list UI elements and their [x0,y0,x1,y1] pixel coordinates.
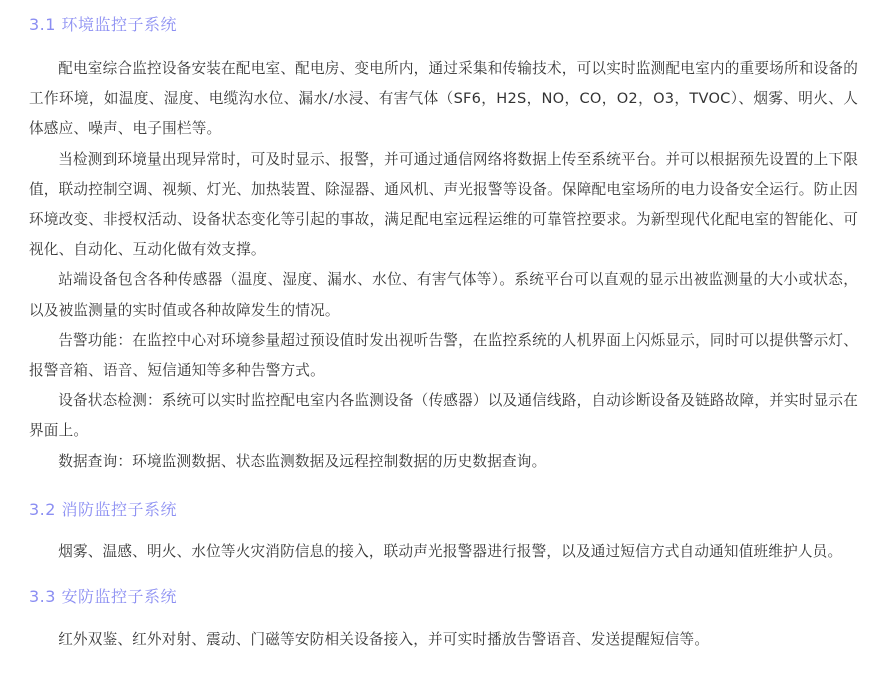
section-fire-monitoring: 3.2 消防监控子系统 烟雾、温感、明火、水位等火灾消防信息的接入，联动声光报警… [29,499,858,567]
paragraph-alarm-function: 告警功能：在监控中心对环境参量超过预设值时发出视听告警，在监控系统的人机界面上闪… [29,326,858,386]
paragraph-data-query: 数据查询：环境监测数据、状态监测数据及远程控制数据的历史数据查询。 [29,447,858,477]
section-body: 红外双鉴、红外对射、震动、门磁等安防相关设备接入，并可实时播放告警语音、发送提醒… [29,625,858,655]
paragraph-security-access: 红外双鉴、红外对射、震动、门磁等安防相关设备接入，并可实时播放告警语音、发送提醒… [29,625,858,655]
section-heading: 3.1 环境监控子系统 [29,0,858,36]
paragraph-alarm-linkage: 当检测到环境量出现异常时，可及时显示、报警，并可通过通信网络将数据上传至系统平台… [29,145,858,266]
paragraph-fire-access: 烟雾、温感、明火、水位等火灾消防信息的接入，联动声光报警器进行报警，以及通过短信… [29,537,858,567]
paragraph-overview: 配电室综合监控设备安装在配电室、配电房、变电所内，通过采集和传输技术，可以实时监… [29,54,858,145]
section-body: 配电室综合监控设备安装在配电室、配电房、变电所内，通过采集和传输技术，可以实时监… [29,54,858,477]
section-environment-monitoring: 3.1 环境监控子系统 配电室综合监控设备安装在配电室、配电房、变电所内，通过采… [29,0,858,477]
document-page: 3.1 环境监控子系统 配电室综合监控设备安装在配电室、配电房、变电所内，通过采… [0,0,884,655]
section-heading: 3.2 消防监控子系统 [29,499,858,521]
section-body: 烟雾、温感、明火、水位等火灾消防信息的接入，联动声光报警器进行报警，以及通过短信… [29,537,858,567]
section-security-monitoring: 3.3 安防监控子系统 红外双鉴、红外对射、震动、门磁等安防相关设备接入，并可实… [29,586,858,655]
paragraph-device-status: 设备状态检测：系统可以实时监控配电室内各监测设备（传感器）以及通信线路，自动诊断… [29,386,858,446]
section-heading: 3.3 安防监控子系统 [29,586,858,608]
paragraph-station-sensors: 站端设备包含各种传感器（温度、湿度、漏水、水位、有害气体等）。系统平台可以直观的… [29,265,858,325]
